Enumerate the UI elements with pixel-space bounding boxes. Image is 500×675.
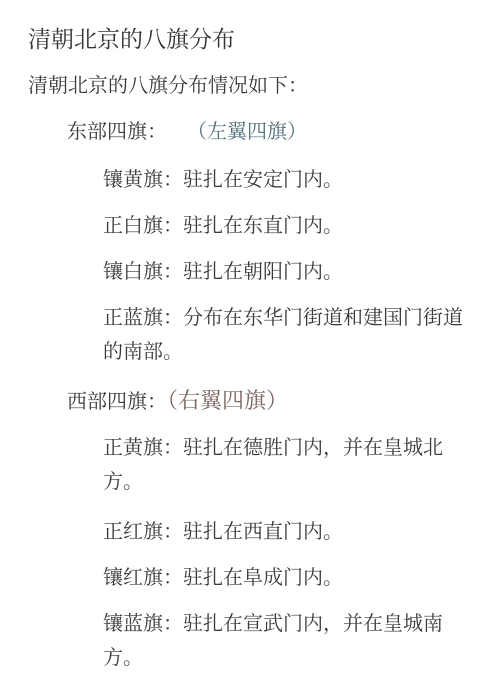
wing-label-left: （左翼四旗） xyxy=(197,119,307,143)
section-heading-label: 西部四旗： xyxy=(67,389,167,413)
section-heading-label: 东部四旗： xyxy=(67,119,157,143)
banner-name: 镶黄旗： xyxy=(103,167,183,191)
banner-location: 驻扎在朝阳门内。 xyxy=(183,259,343,283)
section-heading-east: 东部四旗： （左翼四旗） xyxy=(67,116,307,146)
list-item: 正蓝旗：分布在东华门街道和建国门街道的南部。 xyxy=(103,300,463,368)
banner-location: 驻扎在东直门内。 xyxy=(183,213,343,237)
banner-name: 正红旗： xyxy=(103,519,183,543)
wing-label-right: （右翼四旗） xyxy=(167,389,288,414)
list-item: 镶黄旗：驻扎在安定门内。 xyxy=(103,162,463,196)
banner-name: 镶白旗： xyxy=(103,259,183,283)
list-item: 镶白旗：驻扎在朝阳门内。 xyxy=(103,254,463,288)
banner-location: 驻扎在西直门内。 xyxy=(183,519,343,543)
page-title: 清朝北京的八旗分布 xyxy=(28,24,235,56)
intro-text: 清朝北京的八旗分布情况如下： xyxy=(28,70,308,100)
banner-name: 正黄旗： xyxy=(103,435,183,459)
banner-name: 镶蓝旗： xyxy=(103,611,183,635)
banner-name: 镶红旗： xyxy=(103,565,183,589)
banner-location: 驻扎在安定门内。 xyxy=(183,167,343,191)
banner-location: 驻扎在阜成门内。 xyxy=(183,565,343,589)
list-item: 正红旗：驻扎在西直门内。 xyxy=(103,514,463,548)
banner-name: 正白旗： xyxy=(103,213,183,237)
section-heading-west: 西部四旗：（右翼四旗） xyxy=(67,386,288,417)
list-item: 正黄旗：驻扎在德胜门内，并在皇城北方。 xyxy=(103,430,463,498)
list-item: 正白旗：驻扎在东直门内。 xyxy=(103,208,463,242)
list-item: 镶蓝旗：驻扎在宣武门内，并在皇城南方。 xyxy=(103,606,463,674)
list-item: 镶红旗：驻扎在阜成门内。 xyxy=(103,560,463,594)
banner-name: 正蓝旗： xyxy=(103,305,183,329)
